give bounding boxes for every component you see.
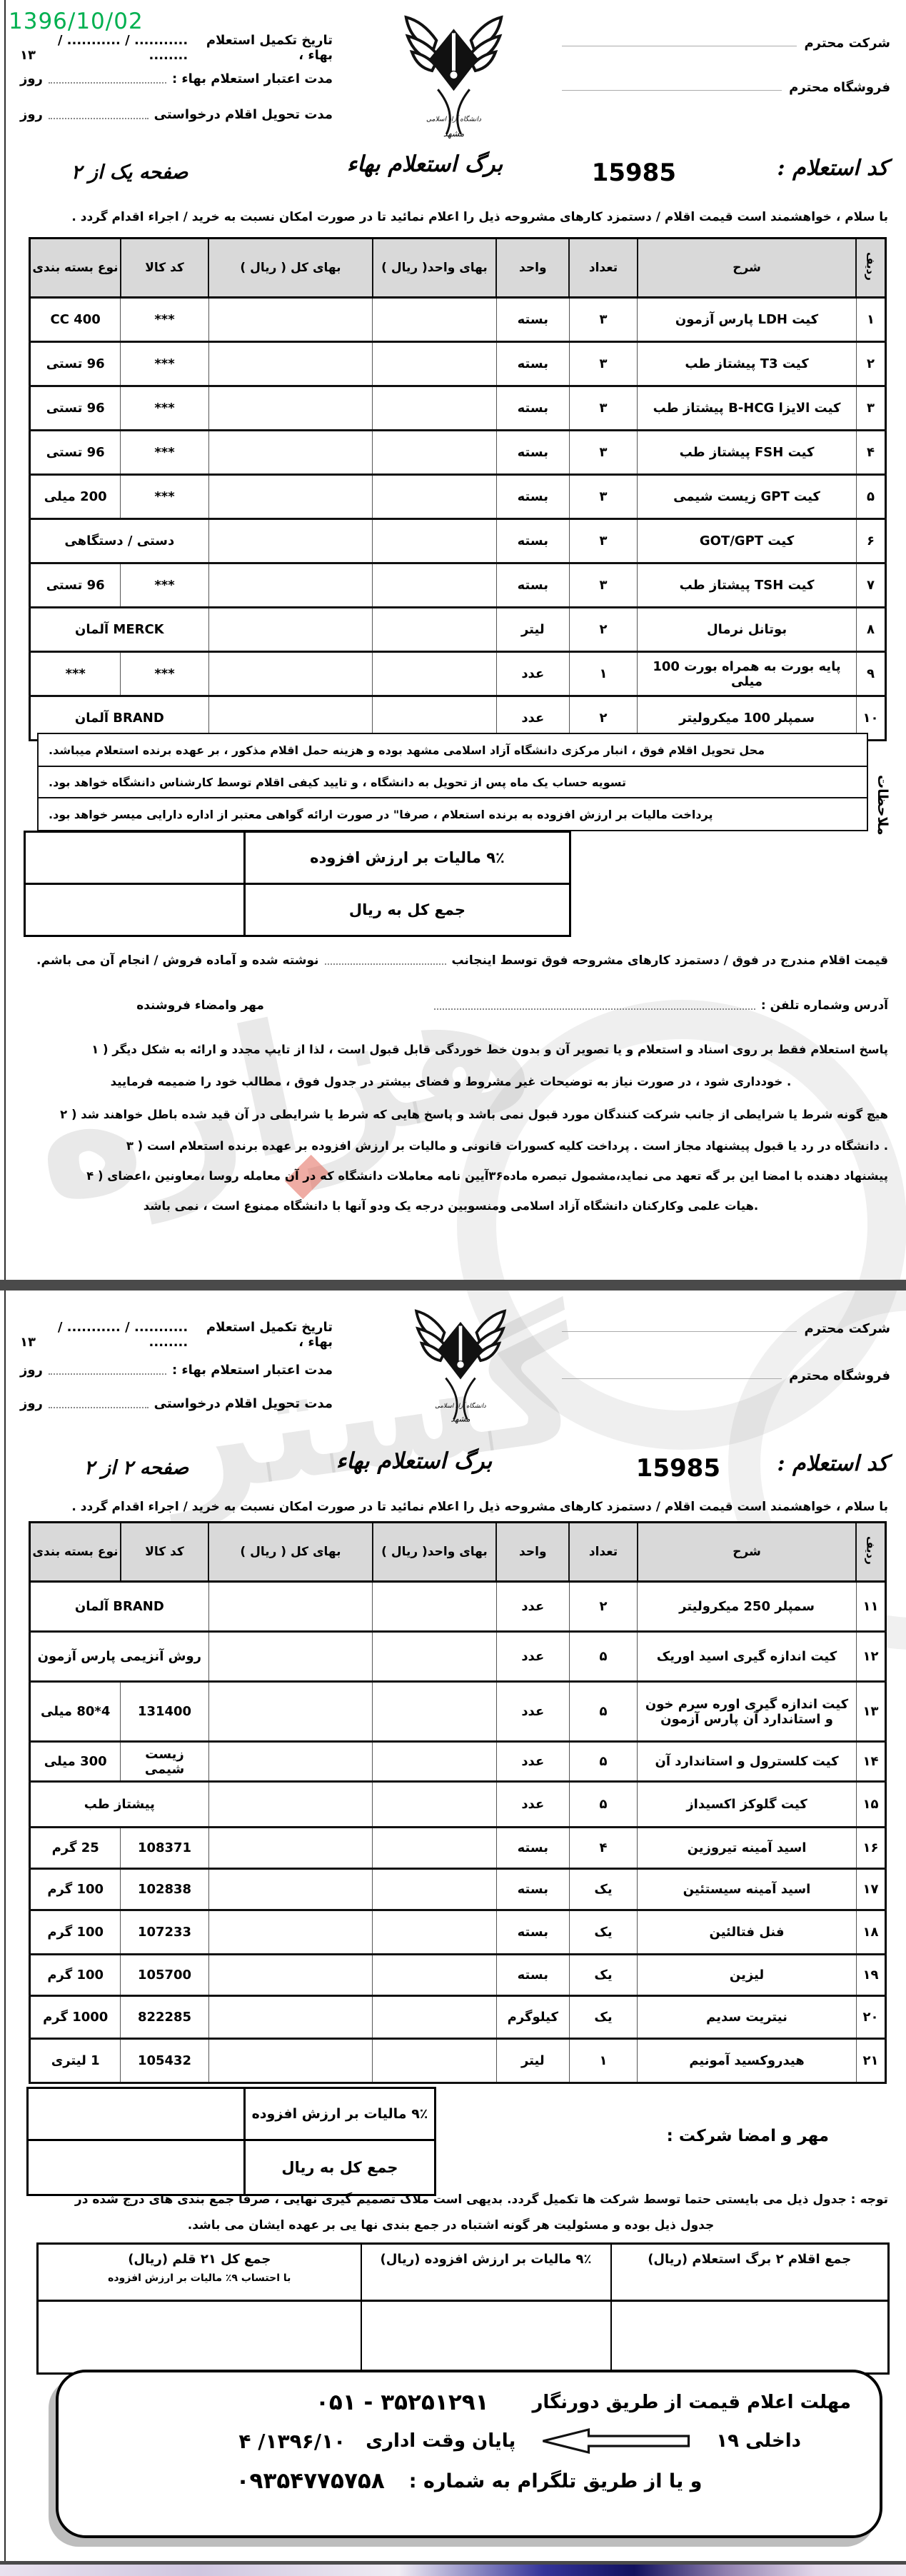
cell-tprice	[208, 1782, 373, 1828]
cell-code: ***	[121, 342, 208, 386]
cell-pack: 96 تستی	[30, 386, 121, 431]
logo-city-text: مشهد	[451, 1415, 470, 1424]
summary-value-row	[38, 2301, 889, 2374]
condition-line: ۱ ) پاسخ استعلام فقط بر روی اسناد و استع…	[14, 1043, 888, 1056]
cell-unit: عدد	[496, 1782, 569, 1828]
cell-num: ۳	[856, 386, 885, 431]
cell-tprice	[208, 1996, 373, 2039]
cell-desc: هیدروکسید آمونیم	[638, 2039, 857, 2083]
cell-unit: عدد	[496, 1742, 569, 1782]
logo-title-text: دانشگاه آزاد اسلامی	[435, 1402, 486, 1410]
header-description: شرح	[638, 1523, 857, 1582]
items-table-page1: ردیف شرح تعداد واحد بهای واحد( ریال ) به…	[29, 237, 887, 741]
cell-desc: کیت T3 پیشتاز طب	[638, 342, 857, 386]
validity-line: مدت اعتبار استعلام بهاء : روز	[20, 1363, 333, 1378]
grand-total-value-cell	[25, 884, 245, 936]
table-row: ۱۳کیت اندازه گیری اوره سرم خون و استاندا…	[30, 1682, 886, 1742]
cell-code-pack-merged: دستی / دستگاهی	[30, 519, 209, 563]
cell-num: ۲۱	[856, 2039, 885, 2083]
condition-line: هیات علمی وکارکنان دانشگاه آزاد اسلامی و…	[14, 1199, 888, 1213]
cell-desc: کیت اندازه گیری اوره سرم خون و استاندارد…	[638, 1682, 857, 1742]
cell-num: ۲	[856, 342, 885, 386]
header-total-price: بهای کل ( ریال )	[208, 239, 373, 298]
notice-line: جدول ذیل بوده و مسئولیت هر گونه اشتباه د…	[14, 2218, 888, 2232]
cell-tprice	[208, 1742, 373, 1782]
cell-qty: ۳	[569, 519, 637, 563]
cell-code: 822285	[121, 1996, 208, 2039]
store-line: فروشگاه محترم	[555, 1368, 890, 1383]
cell-tprice	[208, 475, 373, 519]
table-row: ۱۷اسید آمینه سیستئینیکبسته102838100 گرم	[30, 1869, 886, 1910]
cell-desc: پایه بورت به همراه بورت 100 میلی	[638, 652, 857, 696]
validity-days: روز	[20, 71, 43, 86]
cell-num: ۱۳	[856, 1682, 885, 1742]
cell-unit: بسته	[496, 431, 569, 475]
cell-num: ۱۱	[856, 1582, 885, 1632]
delivery-label: مدت تحویل اقلام درخواستی	[154, 107, 333, 122]
cell-uprice	[373, 386, 496, 431]
cell-unit: بسته	[496, 475, 569, 519]
store-line: فروشگاه محترم	[555, 80, 890, 95]
cell-qty: یک	[569, 1869, 637, 1910]
left-arrow-icon	[535, 2427, 696, 2455]
cell-code: ***	[121, 431, 208, 475]
delivery-fill	[49, 1397, 149, 1408]
cell-desc: کیت TSH پیشتاز طب	[638, 563, 857, 608]
statement-right: قیمت اقلام مندرج در فوق / دستمزد کارهای …	[452, 953, 888, 968]
cell-unit: بسته	[496, 1828, 569, 1869]
summary-grand-total-cell	[38, 2301, 361, 2374]
table-row: ۴کیت FSH پیشتاز طب۳بسته***96 تستی	[30, 431, 886, 475]
delivery-label: مدت تحویل اقلام درخواستی	[154, 1396, 333, 1411]
table-row: ۲۰نیتریت سدیمیککیلوگرم8222851000 گرم	[30, 1996, 886, 2039]
page-number-label: صفحه ۲ از ۲	[84, 1457, 188, 1479]
telegram-row: و یا از طریق تلگرام به شماره : ۰۹۳۵۴۷۷۵۷…	[87, 2468, 851, 2494]
company-line: شرکت محترم	[555, 36, 890, 51]
cell-tprice	[208, 386, 373, 431]
date-dots: ........... / ........... / ........	[40, 1320, 188, 1350]
cell-pack: 300 میلی	[30, 1742, 121, 1782]
cell-desc: کیت LDH پارس آزمون	[638, 298, 857, 342]
logo-title-text: دانشگاه آزاد اسلامی	[426, 115, 482, 124]
cell-desc: کیت الایزا B-HCG پیشتاز طب	[638, 386, 857, 431]
cell-code: ***	[121, 386, 208, 431]
header-packaging: نوع بسته بندی	[30, 1523, 121, 1582]
cell-tprice	[208, 652, 373, 696]
cell-num: ۱۲	[856, 1632, 885, 1682]
cell-uprice	[373, 1742, 496, 1782]
address-line: آدرس وشماره تلفن : مهر وامضاء فروشنده	[14, 998, 888, 1013]
cell-pack: 96 تستی	[30, 431, 121, 475]
table-row: ۱۱سمپلر 250 میکرولیتر۲عددBRAND آلمان	[30, 1582, 886, 1632]
inquiry-code-label: کد استعلام :	[777, 156, 888, 181]
eagle-pen-emblem: دانشگاه آزاد اسلامی مشهد	[407, 1298, 514, 1427]
header-description: شرح	[638, 239, 857, 298]
validity-days: روز	[20, 1363, 43, 1378]
cell-uprice	[373, 431, 496, 475]
cell-qty: یک	[569, 1955, 637, 1996]
header-item-code: کد کالا	[121, 239, 208, 298]
intro-line: با سلام ، خواهشمند است قیمت اقلام / دستم…	[9, 1500, 888, 1514]
company-label: شرکت محترم	[804, 1321, 890, 1336]
cell-desc: کیت GOT/GPT	[638, 519, 857, 563]
cell-qty: یک	[569, 1910, 637, 1955]
address-fill	[434, 998, 755, 1010]
notes-vertical-label: ملاحظات	[875, 743, 890, 836]
cell-num: ۹	[856, 652, 885, 696]
company-fill-line	[562, 37, 797, 46]
grand-total-value-cell	[28, 2140, 245, 2195]
completion-date-label: تاریخ تکمیل استعلام بهاء ،	[192, 33, 333, 63]
header-total-price: بهای کل ( ریال )	[208, 1523, 373, 1582]
cell-tprice	[208, 608, 373, 652]
cell-num: ۶	[856, 519, 885, 563]
condition-line: ۲ ) هیچ گونه شرط یا شرایطی از جانب شرکت …	[14, 1108, 888, 1121]
cell-pack: 4*80 میلی	[30, 1682, 121, 1742]
cell-qty: ۲	[569, 608, 637, 652]
grand-total-label: جمع کل به ریال	[245, 884, 570, 936]
cell-qty: ۱	[569, 2039, 637, 2083]
summary-grand-total-title: جمع کل ۲۱ قلم (ریال)	[39, 2252, 360, 2267]
fax-row: مهلت اعلام قیمت از طریق دورنگار ۳۵۲۵۱۲۹۱…	[87, 2390, 851, 2415]
cell-unit: بسته	[496, 1955, 569, 1996]
header-row-number: ردیف	[856, 1523, 885, 1582]
header-item-code: کد کالا	[121, 1523, 208, 1582]
validity-label: مدت اعتبار استعلام بهاء :	[172, 1363, 333, 1378]
delivery-days: روز	[20, 107, 43, 122]
watermark-word: هزاره	[12, 936, 548, 1243]
cell-uprice	[373, 298, 496, 342]
header-unit: واحد	[496, 239, 569, 298]
summary-vat-cell	[361, 2301, 611, 2374]
table-row: ۸بوتانل نرمال۲لیترMERCK آلمان	[30, 608, 886, 652]
cell-pack: 1000 گرم	[30, 1996, 121, 2039]
cell-num: ۵	[856, 475, 885, 519]
cell-tprice	[208, 1910, 373, 1955]
summary-header-row: جمع اقلام ۲ برگ استعلام (ریال) ۹٪ مالیات…	[38, 2244, 889, 2301]
seller-statement: قیمت اقلام مندرج در فوق / دستمزد کارهای …	[14, 953, 888, 968]
header-unit: واحد	[496, 1523, 569, 1582]
table-row: ۲کیت T3 پیشتاز طب۳بسته***96 تستی	[30, 342, 886, 386]
table-row: ۹پایه بورت به همراه بورت 100 میلی۱عدد***…	[30, 652, 886, 696]
cell-code: ***	[121, 475, 208, 519]
completion-date-line: تاریخ تکمیل استعلام بهاء ، ........... /…	[20, 1320, 333, 1350]
cell-unit: بسته	[496, 519, 569, 563]
cell-tprice	[208, 1632, 373, 1682]
cell-code: ***	[121, 298, 208, 342]
cell-code-pack-merged: BRAND آلمان	[30, 1582, 209, 1632]
cell-num: ۱۹	[856, 1955, 885, 1996]
notice-line: توجه : جدول ذیل می بایستی حتما توسط شرکت…	[14, 2192, 888, 2207]
cell-code: 131400	[121, 1682, 208, 1742]
cell-pack: ***	[30, 652, 121, 696]
header-quantity: تعداد	[569, 1523, 637, 1582]
cell-uprice	[373, 1682, 496, 1742]
table-header-row: ردیف شرح تعداد واحد بهای واحد( ریال ) به…	[30, 1523, 886, 1582]
condition-line: خودداری شود ، در صورت نیاز به توضیحات غی…	[14, 1075, 888, 1088]
validity-label: مدت اعتبار استعلام بهاء :	[172, 71, 333, 86]
cell-qty: ۵	[569, 1632, 637, 1682]
cell-unit: بسته	[496, 1910, 569, 1955]
cell-uprice	[373, 475, 496, 519]
cell-num: ۱۶	[856, 1828, 885, 1869]
telegram-label: و یا از طریق تلگرام به شماره :	[409, 2470, 703, 2492]
inquiry-code-value: 15985	[636, 1454, 720, 1483]
cell-qty: ۵	[569, 1682, 637, 1742]
vat-total-box-page1: ۹٪ مالیات بر ارزش افزوده جمع کل به ریال	[24, 831, 571, 937]
cell-uprice	[373, 1582, 496, 1632]
cell-desc: کیت GPT زیست شیمی	[638, 475, 857, 519]
cell-qty: ۳	[569, 431, 637, 475]
cell-qty: ۲	[569, 1582, 637, 1632]
summary-grand-total-subnote: با احتساب ۹٪ مالیات بر ارزش افزوده	[39, 2272, 360, 2284]
cell-code: 105700	[121, 1955, 208, 1996]
cell-code: 107233	[121, 1910, 208, 1955]
cell-qty: ۳	[569, 475, 637, 519]
cell-code-pack-merged: پیشتاز طب	[30, 1782, 209, 1828]
vat-value-cell	[25, 832, 245, 884]
cell-qty: ۳	[569, 298, 637, 342]
cell-unit: بسته	[496, 298, 569, 342]
cell-desc: کیت اندازه گیری اسید اوریک	[638, 1632, 857, 1682]
cell-unit: بسته	[496, 386, 569, 431]
store-fill-line	[562, 1370, 782, 1379]
cell-tprice	[208, 2039, 373, 2083]
extension-row: داخلی ۱۹ پایان وقت اداری ۱۳۹۶/۱۰/ ۴	[87, 2427, 851, 2455]
cell-uprice	[373, 1782, 496, 1828]
telegram-number: ۰۹۳۵۴۷۷۵۷۵۸	[236, 2468, 385, 2494]
cell-code: ***	[121, 652, 208, 696]
cell-tprice	[208, 1582, 373, 1632]
cell-qty: ۱	[569, 652, 637, 696]
cell-tprice	[208, 431, 373, 475]
cell-pack: 100 گرم	[30, 1955, 121, 1996]
cell-uprice	[373, 563, 496, 608]
vat-row: ۹٪ مالیات بر ارزش افزوده	[28, 2088, 436, 2140]
eagle-pen-emblem: دانشگاه آزاد اسلامی مشهد	[395, 4, 513, 141]
extension-label: داخلی ۱۹	[716, 2430, 801, 2452]
cell-uprice	[373, 2039, 496, 2083]
table-row: ۷کیت TSH پیشتاز طب۳بسته***96 تستی	[30, 563, 886, 608]
cell-uprice	[373, 519, 496, 563]
cell-desc: اسید آمینه تیروزین	[638, 1828, 857, 1869]
validity-fill	[49, 1363, 166, 1375]
date-century: ۱۳	[20, 48, 36, 63]
cell-tprice	[208, 298, 373, 342]
inquiry-code-value: 15985	[592, 159, 676, 187]
cell-uprice	[373, 1955, 496, 1996]
summary-items-total-header: جمع اقلام ۲ برگ استعلام (ریال)	[611, 2244, 889, 2301]
delivery-fill	[49, 108, 149, 119]
cell-uprice	[373, 652, 496, 696]
table-row: ۲۱هیدروکسید آمونیم۱لیتر1054321 لیتری	[30, 2039, 886, 2083]
cell-pack: 100 گرم	[30, 1910, 121, 1955]
cell-qty: ۵	[569, 1742, 637, 1782]
university-logo: دانشگاه آزاد اسلامی مشهد	[395, 4, 513, 141]
cell-uprice	[373, 1828, 496, 1869]
cell-desc: کیت FSH پیشتاز طب	[638, 431, 857, 475]
cell-uprice	[373, 342, 496, 386]
header-quantity: تعداد	[569, 239, 637, 298]
header-unit-price: بهای واحد( ریال )	[373, 1523, 496, 1582]
cell-unit: عدد	[496, 1682, 569, 1742]
table-row: ۱۴کیت کلسترول و استاندارد آن۵عددزیست شیم…	[30, 1742, 886, 1782]
university-logo: دانشگاه آزاد اسلامی مشهد	[407, 1298, 514, 1427]
delivery-line: مدت تحویل اقلام درخواستی روز	[20, 1396, 333, 1411]
summary-vat-header: ۹٪ مالیات بر ارزش افزوده (ریال)	[361, 2244, 611, 2301]
grand-total-row: جمع کل به ریال	[28, 2140, 436, 2195]
note-row: پرداخت مالیات بر ارزش افزوده به برنده اس…	[37, 797, 868, 831]
delivery-line: مدت تحویل اقلام درخواستی روز	[20, 107, 333, 122]
cell-desc: اسید آمینه سیستئین	[638, 1869, 857, 1910]
company-fill-line	[562, 1323, 797, 1332]
cell-tprice	[208, 563, 373, 608]
delivery-days: روز	[20, 1396, 43, 1411]
store-label: فروشگاه محترم	[789, 80, 890, 95]
date-dots: ........... / ........... / ........	[40, 33, 188, 63]
table-row: ۵کیت GPT زیست شیمی۳بسته***200 میلی	[30, 475, 886, 519]
items-table-page2: ردیف شرح تعداد واحد بهای واحد( ریال ) به…	[29, 1521, 887, 2084]
table-row: ۱۶اسید آمینه تیروزین۴بسته10837125 گرم	[30, 1828, 886, 1869]
cell-uprice	[373, 608, 496, 652]
scan-date-stamp: 1396/10/02	[9, 9, 144, 34]
deadline-label: پایان وقت اداری	[366, 2430, 515, 2452]
fax-number: ۳۵۲۵۱۲۹۱ - ۰۵۱	[316, 2390, 489, 2415]
header-row-number: ردیف	[856, 239, 885, 298]
page-divider	[0, 1280, 906, 1290]
cell-unit: عدد	[496, 1632, 569, 1682]
cell-qty: یک	[569, 1996, 637, 2039]
cell-num: ۷	[856, 563, 885, 608]
form-title: برگ استعلام بهاء	[325, 151, 525, 177]
company-line: شرکت محترم	[555, 1321, 890, 1336]
store-label: فروشگاه محترم	[789, 1368, 890, 1383]
validity-line: مدت اعتبار استعلام بهاء : روز	[20, 71, 333, 86]
cell-unit: کیلوگرم	[496, 1996, 569, 2039]
summary-items-total-cell	[611, 2301, 889, 2374]
cell-tprice	[208, 342, 373, 386]
completion-date-label: تاریخ تکمیل استعلام بهاء ،	[192, 1320, 333, 1350]
scan-edge-strip	[0, 2561, 906, 2576]
deadline-date: ۱۳۹۶/۱۰/ ۴	[238, 2430, 346, 2453]
cell-num: ۱۵	[856, 1782, 885, 1828]
cell-desc: فنل فتالئین	[638, 1910, 857, 1955]
intro-line: با سلام ، خواهشمند است قیمت اقلام / دستم…	[9, 210, 888, 224]
cell-qty: ۵	[569, 1782, 637, 1828]
cell-num: ۱۴	[856, 1742, 885, 1782]
cell-unit: بسته	[496, 342, 569, 386]
cell-code: ***	[121, 563, 208, 608]
cell-tprice	[208, 1869, 373, 1910]
cell-qty: ۳	[569, 386, 637, 431]
company-label: شرکت محترم	[804, 36, 890, 51]
cell-pack: 25 گرم	[30, 1828, 121, 1869]
cell-qty: ۳	[569, 563, 637, 608]
cell-pack: 100 گرم	[30, 1869, 121, 1910]
cell-tprice	[208, 1682, 373, 1742]
scanned-inquiry-document: هزاره گستر ارتباط 1396/10/02 دانشگاه آزا…	[0, 0, 906, 2576]
cell-qty: ۴	[569, 1828, 637, 1869]
store-fill-line	[562, 81, 782, 91]
cell-unit: لیتر	[496, 608, 569, 652]
summary-table: جمع اقلام ۲ برگ استعلام (ریال) ۹٪ مالیات…	[36, 2242, 890, 2375]
statement-left: نوشته شده و آماده فروش / انجام آن می باش…	[36, 953, 319, 968]
cell-num: ۸	[856, 608, 885, 652]
table-row: ۱۹لیزینیکبسته105700100 گرم	[30, 1955, 886, 1996]
inquiry-code-label: کد استعلام :	[777, 1451, 888, 1476]
cell-tprice	[208, 1828, 373, 1869]
cell-desc: نیتریت سدیم	[638, 1996, 857, 2039]
company-stamp-label: مهر و امضا شرکت :	[667, 2127, 829, 2145]
cell-num: ۱۸	[856, 1910, 885, 1955]
cell-code: زیست شیمی	[121, 1742, 208, 1782]
grand-total-label: جمع کل به ریال	[245, 2140, 436, 2195]
contact-footer-box: مهلت اعلام قیمت از طریق دورنگار ۳۵۲۵۱۲۹۱…	[56, 2370, 882, 2538]
cell-desc: بوتانل نرمال	[638, 608, 857, 652]
cell-unit: عدد	[496, 652, 569, 696]
table-row: ۶کیت GOT/GPT۳بستهدستی / دستگاهی	[30, 519, 886, 563]
cell-unit: عدد	[496, 1582, 569, 1632]
completion-date-line: تاریخ تکمیل استعلام بهاء ، ........... /…	[20, 33, 333, 63]
cell-pack: 400 CC	[30, 298, 121, 342]
cell-pack: 200 میلی	[30, 475, 121, 519]
cell-unit: لیتر	[496, 2039, 569, 2083]
cell-code: 108371	[121, 1828, 208, 1869]
cell-tprice	[208, 1955, 373, 1996]
vat-total-box-page2: ۹٪ مالیات بر ارزش افزوده جمع کل به ریال	[26, 2087, 436, 2196]
cell-code: 102838	[121, 1869, 208, 1910]
validity-fill	[49, 72, 166, 84]
note-row: تسویه حساب یک ماه پس از تحویل به دانشگاه…	[37, 766, 868, 798]
logo-city-text: مشهد	[443, 129, 465, 139]
cell-unit: بسته	[496, 1869, 569, 1910]
cell-desc: لیزین	[638, 1955, 857, 1996]
cell-pack: 1 لیتری	[30, 2039, 121, 2083]
page-number-label: صفحه یک از ۲	[71, 161, 188, 184]
cell-pack: 96 تستی	[30, 563, 121, 608]
cell-unit: بسته	[496, 563, 569, 608]
cell-uprice	[373, 1910, 496, 1955]
table-row: ۱۲کیت اندازه گیری اسید اوریک۵عددروش آنزی…	[30, 1632, 886, 1682]
vat-row: ۹٪ مالیات بر ارزش افزوده	[25, 832, 570, 884]
table-row: ۱۵کیت گلوکز اکسیداز۵عددپیشتاز طب	[30, 1782, 886, 1828]
vat-value-cell	[28, 2088, 245, 2140]
table-row: ۳کیت الایزا B-HCG پیشتاز طب۳بسته***96 تس…	[30, 386, 886, 431]
cell-code-pack-merged: روش آنزیمی پارس آزمون	[30, 1632, 209, 1682]
cell-pack: 96 تستی	[30, 342, 121, 386]
table-row: ۱کیت LDH پارس آزمون۳بسته***400 CC	[30, 298, 886, 342]
grand-total-row: جمع کل به ریال	[25, 884, 570, 936]
condition-line: ۳ ) دانشگاه در رد یا قبول پیشنهاد مجاز ا…	[14, 1139, 888, 1153]
table-header-row: ردیف شرح تعداد واحد بهای واحد( ریال ) به…	[30, 239, 886, 298]
cell-desc: کیت کلسترول و استاندارد آن	[638, 1742, 857, 1782]
fax-deadline-label: مهلت اعلام قیمت از طریق دورنگار	[532, 2392, 851, 2413]
condition-line: ۴ ) پیشنهاد دهنده با امضا این بر گه تعهد…	[14, 1169, 888, 1183]
note-row: محل تحویل اقلام فوق ، انبار مرکزی دانشگا…	[37, 733, 868, 767]
cell-num: ۱	[856, 298, 885, 342]
header-packaging: نوع بسته بندی	[30, 239, 121, 298]
cell-num: ۱۷	[856, 1869, 885, 1910]
cell-uprice	[373, 1632, 496, 1682]
form-title: برگ استعلام بهاء	[314, 1448, 514, 1474]
cell-num: ۴	[856, 431, 885, 475]
header-unit-price: بهای واحد( ریال )	[373, 239, 496, 298]
vat-label: ۹٪ مالیات بر ارزش افزوده	[245, 832, 570, 884]
cell-uprice	[373, 1869, 496, 1910]
vat-label: ۹٪ مالیات بر ارزش افزوده	[245, 2088, 436, 2140]
cell-code-pack-merged: MERCK آلمان	[30, 608, 209, 652]
address-label: آدرس وشماره تلفن :	[761, 998, 888, 1013]
